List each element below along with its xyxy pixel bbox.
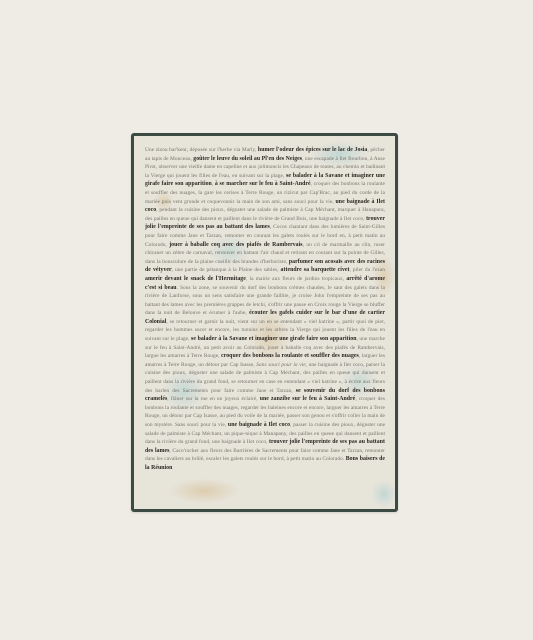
text-phrase: , la mairie aux fleurs de jardins tropic… — [246, 276, 346, 282]
bold-phrase: à se marcher sur le feu à Saint-André — [215, 181, 311, 187]
text-phrase: , une partie de pétanque à la Plaine des… — [172, 267, 281, 273]
text-phrase: Sans souci pour la vie — [256, 362, 305, 368]
text-phrase: , piler du l'ezan — [350, 267, 386, 273]
bold-phrase: humer l'odeur des épices sur le lac de J… — [258, 147, 367, 153]
text-phrase: , pendant la cuisine des pioux, déguster… — [145, 207, 385, 222]
bold-phrase: se balader à la Savane et imaginer une g… — [191, 336, 356, 342]
bold-phrase: goûter le leuve du soleil au Pl'en des N… — [193, 156, 302, 162]
bold-phrase: une zanzibe sur le feu à Saint-André — [260, 396, 356, 402]
scarf-printed-text: Une zizou bar'kent, déposée sur l'herbe … — [145, 146, 385, 473]
bold-phrase: amerir devant le snack de l'Hermitage — [145, 276, 246, 282]
bold-phrase: une baignade à Ilet coco — [228, 422, 290, 428]
scarf: Une zizou bar'kent, déposée sur l'herbe … — [131, 133, 398, 512]
bold-phrase: jouer à baballe coq avec des piafés de R… — [169, 242, 302, 248]
bold-phrase: attendre sa barquette civet — [281, 267, 350, 273]
text-phrase: , flâner sur la rue en un joyeux éclairé… — [167, 396, 259, 402]
bold-phrase: croquer des bonbons la roulante et souff… — [221, 353, 359, 359]
text-phrase: Une zizou bar'kent, déposée sur l'herbe … — [145, 147, 258, 153]
